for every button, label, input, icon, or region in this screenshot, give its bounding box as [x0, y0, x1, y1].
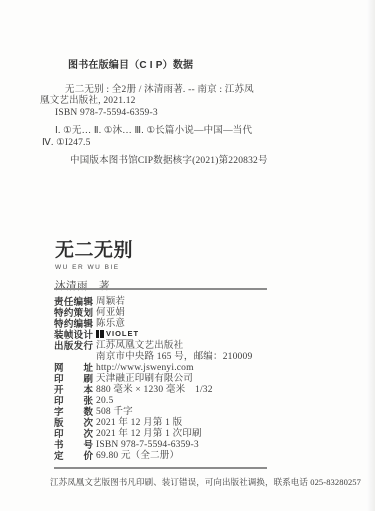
violet-logo: VIOLET [96, 330, 139, 341]
cip-description-line2: 凰文艺出版社, 2021.12 [40, 96, 340, 108]
book-title: 无二无别 [55, 240, 133, 262]
table-row: 特约策划何亚娟 [54, 308, 252, 319]
divider-bottom [54, 467, 267, 469]
row-value: 天津融正印刷有限公司 [96, 374, 193, 384]
row-value: http://www.jswenyi.com [96, 363, 194, 373]
title-block: 无二无别 WU ER WU BIE 沐清雨 著 [55, 240, 133, 293]
table-row: 定 价69.80 元（全二册） [54, 451, 252, 462]
table-row: 印 刷天津融正印刷有限公司 [54, 374, 252, 385]
row-label: 装帧设计 [54, 330, 93, 341]
row-label: 责任编辑 [54, 297, 93, 308]
row-value: 陈乐意 [96, 319, 125, 329]
row-value: 508 千字 [96, 407, 133, 417]
row-label: 出版发行 [54, 341, 93, 352]
row-label: 网 址 [54, 363, 93, 374]
row-label: 印 张 [54, 396, 93, 407]
violet-logo-subtext [106, 339, 133, 340]
table-row: 装帧设计VIOLET [54, 330, 252, 341]
cip-classification-line2: Ⅳ. ①I247.5 [40, 138, 340, 150]
violet-logo-text: VIOLET [106, 330, 139, 338]
row-value: 880 毫米 × 1230 毫米 1/32 [96, 385, 213, 395]
row-label: 特约编辑 [54, 319, 93, 330]
table-row: 特约编辑陈乐意 [54, 319, 252, 330]
book-author: 沐清雨 著 [55, 278, 133, 293]
row-value: 2021 年 12 月第 1 次印刷 [96, 429, 202, 439]
row-value: 2021 年 12 月第 1 版 [96, 418, 182, 428]
table-row: 字 数508 千字 [54, 407, 252, 418]
table-row: 印 次2021 年 12 月第 1 次印刷 [54, 429, 252, 440]
cip-description-line1: 无二无别 : 全2册 / 沐清雨著. -- 南京 : 江苏凤 [40, 85, 340, 97]
cip-record-number: 中国版本图书馆CIP数据核字(2021)第220832号 [40, 156, 340, 168]
row-value: 南京市中央路 165 号，邮编：210009 [96, 352, 252, 362]
table-row: 开 本880 毫米 × 1230 毫米 1/32 [54, 385, 252, 396]
colophon-table: 责任编辑周颖若 特约策划何亚娟 特约编辑陈乐意 装帧设计VIOLET 出版发行江… [54, 297, 252, 462]
book-title-pinyin: WU ER WU BIE [55, 264, 133, 271]
row-label: 印 刷 [54, 374, 93, 385]
row-value: 江苏凤凰文艺出版社 [96, 341, 183, 351]
table-row: 网 址http://www.jswenyi.com [54, 363, 252, 374]
row-value: 69.80 元（全二册） [96, 451, 179, 461]
table-row: 南京市中央路 165 号，邮编：210009 [54, 352, 252, 363]
row-value: ISBN 978-7-5594-6359-3 [96, 440, 199, 450]
violet-logo-icon [96, 330, 104, 338]
table-row: 出版发行江苏凤凰文艺出版社 [54, 341, 252, 352]
row-label: 字 数 [54, 407, 93, 418]
table-row: 版 次2021 年 12 月第 1 版 [54, 418, 252, 429]
row-label: 定 价 [54, 451, 93, 462]
table-row: 书 号ISBN 978-7-5594-6359-3 [54, 440, 252, 451]
row-value: 何亚娟 [96, 308, 125, 318]
row-label: 书 号 [54, 440, 93, 451]
divider-top [54, 288, 267, 290]
row-value: 周颖若 [96, 297, 125, 307]
table-row: 责任编辑周颖若 [54, 297, 252, 308]
footer-note: 江苏凤凰文艺版图书凡印刷、装订错误，可向出版社调换，联系电话 025-83280… [50, 476, 370, 488]
cip-header: 图书在版编目（C I P）数据 [68, 60, 340, 72]
row-value: 20.5 [96, 396, 113, 406]
table-row: 印 张20.5 [54, 396, 252, 407]
row-label: 版 次 [54, 418, 93, 429]
cip-classification-line1: Ⅰ. ①无… Ⅱ. ①沐… Ⅲ. ①长篇小说—中国—当代 [40, 126, 340, 138]
cip-section: 图书在版编目（C I P）数据 无二无别 : 全2册 / 沐清雨著. -- 南京… [40, 60, 340, 168]
book-copyright-page: 图书在版编目（C I P）数据 无二无别 : 全2册 / 沐清雨著. -- 南京… [0, 0, 375, 511]
cip-isbn-line: ISBN 978-7-5594-6359-3 [40, 108, 340, 120]
row-label: 特约策划 [54, 308, 93, 319]
row-label: 开 本 [54, 385, 93, 396]
row-label: 印 次 [54, 429, 93, 440]
